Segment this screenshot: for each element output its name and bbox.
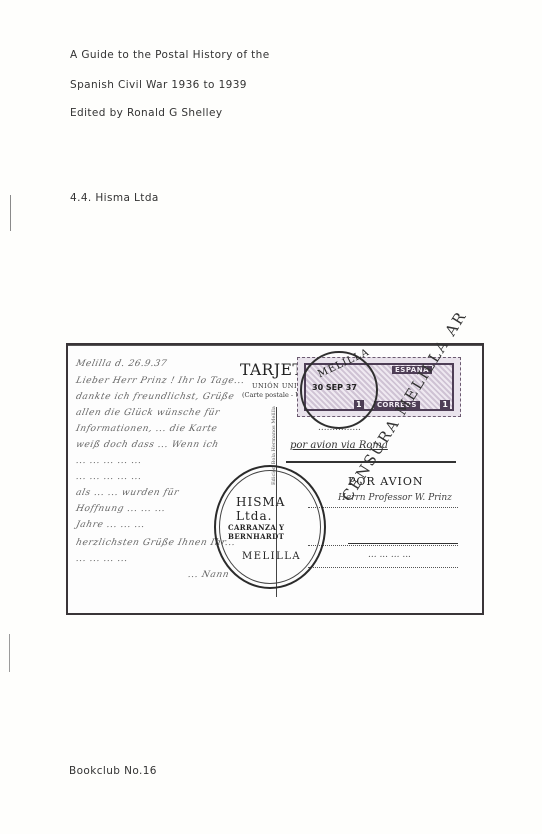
sender-note: ............... [318,423,361,433]
handwriting-line: allen die Glück wünsche für [75,408,221,418]
editor-line: Edited by Ronald G Shelley [70,107,222,119]
handwriting-line: als ... ... wurden für [75,488,180,498]
censor-stamp-line: CARRANZA Y BERNHARDT [228,523,324,541]
handwriting-line: ... ... ... ... ... [75,472,143,482]
margin-mark [10,195,11,231]
margin-mark [9,634,10,672]
handwriting-line: Jahre ... ... ... [75,520,146,530]
address-rule [308,545,458,546]
address-line: ... ... ... ... [368,550,411,560]
handwriting-line: Melilla d. 26.9.37 [75,359,168,369]
handwriting-line: Hoffnung ... ... ... [75,504,167,514]
address-rule [308,567,458,568]
book-title-line-1: A Guide to the Postal History of the [70,49,270,61]
handwriting-line: dankte ich freundlichst, Grüße [75,392,235,402]
postmark-date: 30 SEP 37 [312,383,357,392]
handwriting-line: ... ... ... ... [75,554,129,564]
censor-stamp-line: HISMA Ltda. [236,495,324,523]
stamp-value: 1 [440,400,450,409]
handwriting-line: Informationen, ... die Karte [75,424,218,434]
censor-stamp: HISMA Ltda. CARRANZA Y BERNHARDT MELILLA [214,465,326,589]
postmark-town: MELILLA [316,347,371,380]
section-title: 4.4. Hisma Ltda [70,192,159,204]
handwriting-line: ... ... ... ... ... [75,456,143,466]
handwriting-line: weiß doch dass ... Wenn ich [75,440,220,450]
footer-text: Bookclub No.16 [69,765,157,777]
book-title-line-2: Spanish Civil War 1936 to 1939 [70,79,247,91]
handwriting-line: herzlichsten Grüße Ihnen Ihr... [75,538,237,548]
address-rule [308,507,458,508]
censor-stamp-line: MELILLA [242,551,301,562]
handwriting-line: Lieber Herr Prinz ! Ihr lo Tage... [75,376,246,386]
postmark: MELILLA 30 SEP 37 [300,351,378,429]
handwriting-signature: ... Nann [187,570,230,580]
postcard-image: TARJETA P UNIÓN UNIVERSAL (Carte postale… [66,343,484,615]
rule [348,543,458,544]
